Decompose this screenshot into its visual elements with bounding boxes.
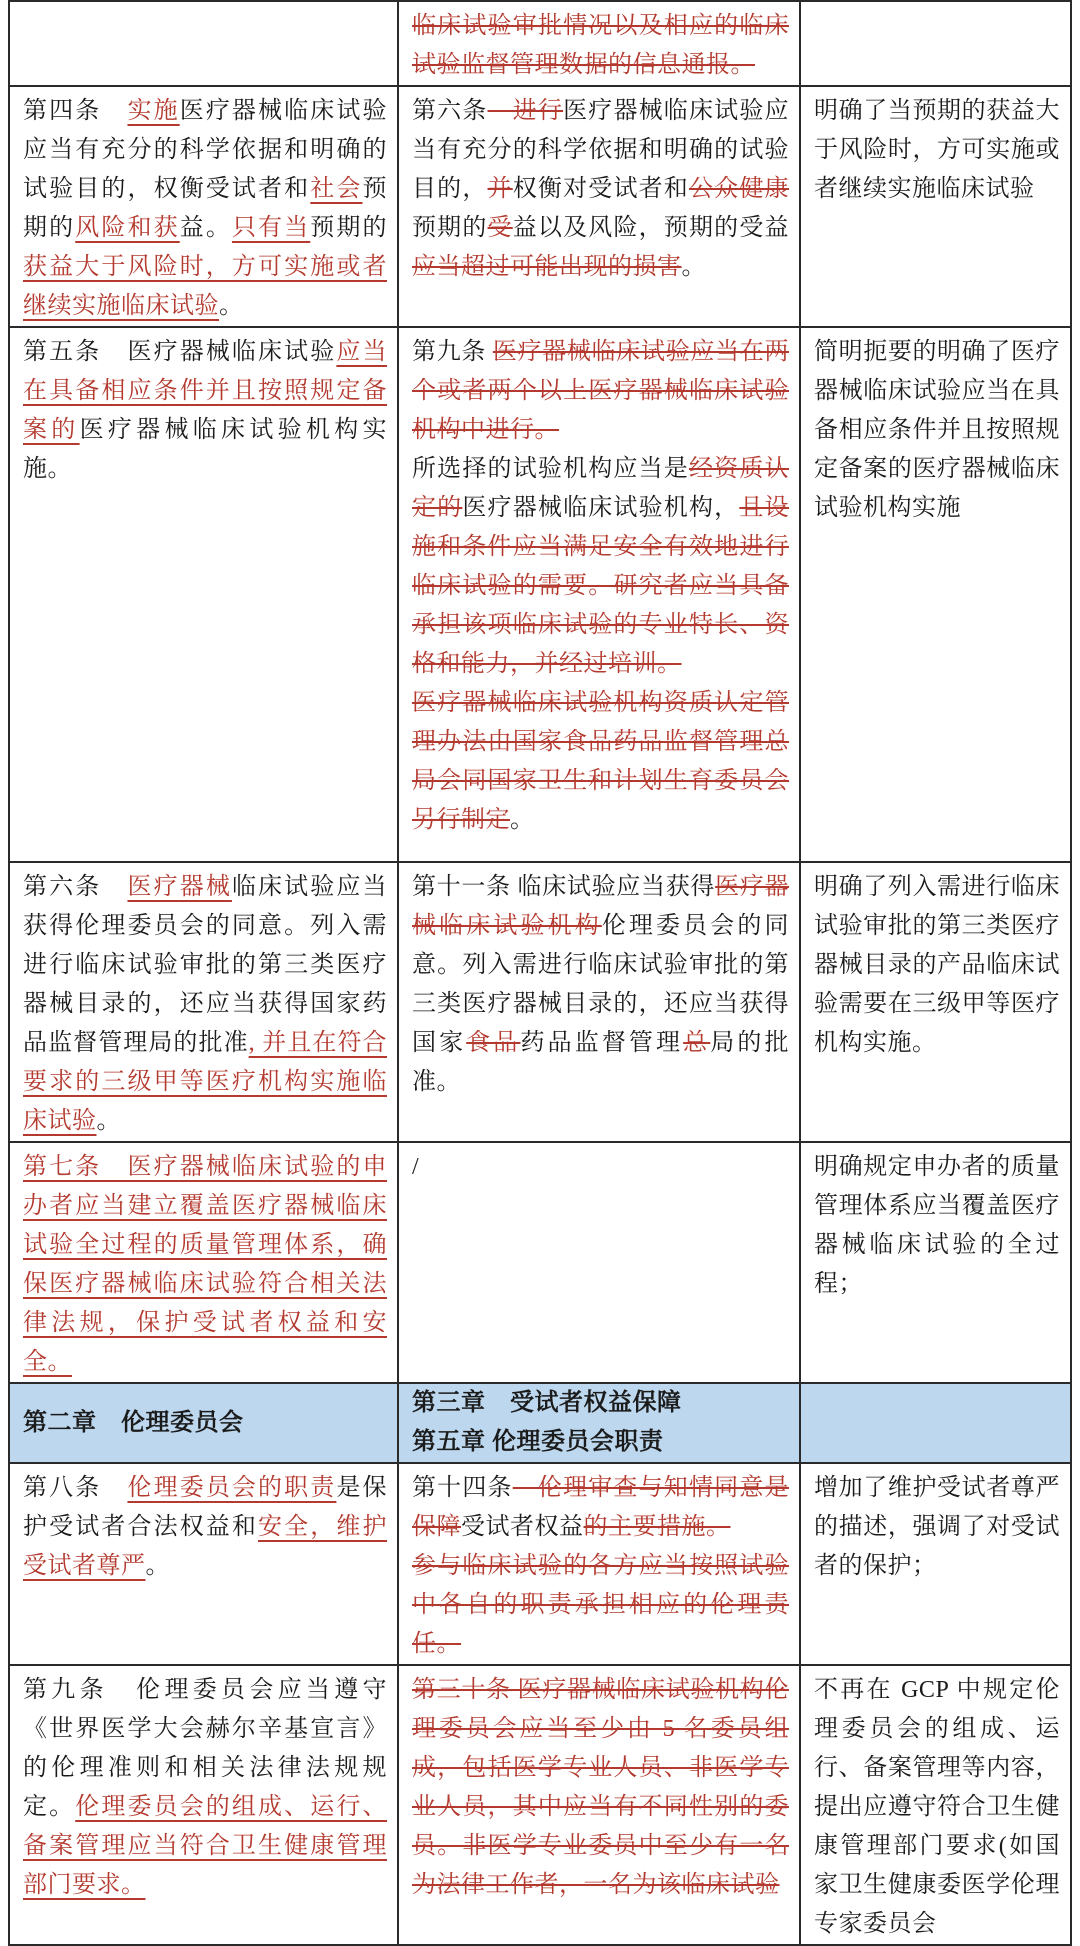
text-run: 第二章 伦理委员会	[23, 1410, 244, 1436]
deleted-text: 受	[488, 215, 513, 241]
text-run: 第九条 伦理委员会应当遵守《世界医学大会赫尔辛基宣言》的伦理准则和相关法律法规规…	[23, 1677, 387, 1810]
cell-old-text: 第三章 受试者权益保障第五章 伦理委员会职责	[399, 1384, 801, 1464]
paragraph: 不再在 GCP 中规定伦理委员会的组成、运行、备案管理等内容，提出应遵守符合卫生…	[814, 1671, 1060, 1810]
text-run: 增加了维护受试者尊严的描述，强调了对受试者的保护；	[814, 1475, 1060, 1579]
text-run: 医疗器械临床试验机构，	[462, 495, 739, 521]
paragraph: 第八条 伦理委员会的职责是保护受试者合法权益和安全，维护受试者尊严。	[23, 1469, 387, 1586]
paragraph: 参与临床试验的各方应当按照试验中各自的职责承担相应的伦理责任。	[412, 1547, 789, 1664]
text-run: 第十一条 临床试验应当获得	[412, 874, 715, 900]
inserted-text: 实施	[127, 98, 179, 124]
deleted-text: 参与临床试验的各方应当按照试验中各自的职责承担相应的伦理责任。	[412, 1553, 789, 1657]
cell-new-text: 第四条 实施医疗器械临床试验应当有充分的科学依据和明确的试验目的，权衡受试者和社…	[10, 87, 399, 328]
paragraph: 第十一条 临床试验应当获得医疗器械临床试验机构伦理委员会的同意。列入需进行临床试…	[412, 868, 789, 1102]
text-run: 第九条	[412, 339, 493, 365]
inserted-text: 第七条 医疗器械临床试验的申办者应当建立覆盖医疗器械临床试验全过程的质量管理体系…	[23, 1154, 387, 1375]
paragraph: 临床试验审批情况以及相应的临床试验监督管理数据的信息通报。	[412, 7, 789, 85]
paragraph: 增加了维护受试者尊严的描述，强调了对受试者的保护；	[814, 1469, 1060, 1586]
inserted-text: 伦理委员会的组成、运行、备案管理应当符合卫生健康管理部门要求。	[23, 1794, 387, 1810]
deleted-text: 应当超过可能出现的损害	[412, 254, 682, 280]
text-run: 第五章 伦理委员会职责	[412, 1429, 664, 1455]
paragraph: 第五章 伦理委员会职责	[412, 1423, 789, 1462]
table-row: 临床试验审批情况以及相应的临床试验监督管理数据的信息通报。	[10, 2, 1072, 87]
cell-old-text: 第九条 医疗器械临床试验应当在两个或者两个以上医疗器械临床试验机构中进行。所选择…	[399, 328, 801, 863]
paragraph: /	[412, 1148, 789, 1187]
inserted-text: 医疗器械	[127, 874, 231, 900]
text-run: 明确规定申办者的质量管理体系应当覆盖医疗器械临床试验的全过程；	[814, 1154, 1060, 1297]
comparison-table: 临床试验审批情况以及相应的临床试验监督管理数据的信息通报。第四条 实施医疗器械临…	[8, 0, 1072, 1810]
text-run: 所选择的试验机构应当是	[412, 456, 689, 482]
inserted-text: 风险和获	[75, 215, 179, 241]
table-row: 第九条 伦理委员会应当遵守《世界医学大会赫尔辛基宣言》的伦理准则和相关法律法规规…	[10, 1666, 1072, 1810]
text-run: 第三章 受试者权益保障	[412, 1390, 682, 1416]
paragraph: 第九条 伦理委员会应当遵守《世界医学大会赫尔辛基宣言》的伦理准则和相关法律法规规…	[23, 1671, 387, 1810]
cell-new-text: 第六条 医疗器械临床试验应当获得伦理委员会的同意。列入需进行临床试验审批的第三类…	[10, 863, 399, 1143]
cell-comment: 明确了当预期的获益大于风险时，方可实施或者继续实施临床试验	[801, 87, 1072, 328]
paragraph: 所选择的试验机构应当是经资质认定的医疗器械临床试验机构，且设施和条件应当满足安全…	[412, 450, 789, 684]
paragraph: 第十四条 伦理审查与知情同意是保障受试者权益的主要措施。	[412, 1469, 789, 1547]
text-run: 第四条	[23, 98, 127, 124]
deleted-text: 并	[488, 176, 513, 202]
paragraph: 第六条 进行医疗器械临床试验应当有充分的科学依据和明确的试验目的，并权衡对受试者…	[412, 92, 789, 287]
table-row: 第五条 医疗器械临床试验应当在具备相应条件并且按照规定备案的医疗器械临床试验机构…	[10, 328, 1072, 863]
inserted-text: 社会	[310, 176, 362, 202]
cell-old-text: 临床试验审批情况以及相应的临床试验监督管理数据的信息通报。	[399, 2, 801, 87]
paragraph: 第三章 受试者权益保障	[412, 1384, 789, 1423]
cell-comment: 增加了维护受试者尊严的描述，强调了对受试者的保护；	[801, 1464, 1072, 1666]
cell-old-text: 第六条 进行医疗器械临床试验应当有充分的科学依据和明确的试验目的，并权衡对受试者…	[399, 87, 801, 328]
cell-comment: 明确了列入需进行临床试验审批的第三类医疗器械目录的产品临床试验需要在三级甲等医疗…	[801, 863, 1072, 1143]
paragraph: 明确了列入需进行临床试验审批的第三类医疗器械目录的产品临床试验需要在三级甲等医疗…	[814, 868, 1060, 1063]
text-run: 简明扼要的明确了医疗器械临床试验应当在具备相应条件并且按照规定备案的医疗器械临床…	[814, 339, 1060, 521]
text-run: 第五条 医疗器械临床试验	[23, 339, 336, 365]
cell-new-text: 第九条 伦理委员会应当遵守《世界医学大会赫尔辛基宣言》的伦理准则和相关法律法规规…	[10, 1666, 399, 1810]
deleted-text: 公众健康	[689, 176, 789, 202]
cell-comment	[801, 1384, 1072, 1464]
text-run: 预期的	[310, 215, 387, 241]
paragraph: 明确了当预期的获益大于风险时，方可实施或者继续实施临床试验	[814, 92, 1060, 209]
text-run: 。	[682, 254, 707, 280]
deleted-text: 医疗器械临床试验机构资质认定管理办法由国家食品药品监督管理总局会同国家卫生和计划…	[412, 690, 789, 833]
cell-new-text: 第八条 伦理委员会的职责是保护受试者合法权益和安全，维护受试者尊严。	[10, 1464, 399, 1666]
paragraph: 医疗器械临床试验机构资质认定管理办法由国家食品药品监督管理总局会同国家卫生和计划…	[412, 684, 789, 840]
paragraph: 第二章 伦理委员会	[23, 1404, 387, 1443]
cell-old-text: 第十四条 伦理审查与知情同意是保障受试者权益的主要措施。参与临床试验的各方应当按…	[399, 1464, 801, 1666]
text-run: 药品监督管理	[520, 1030, 683, 1056]
cell-comment	[801, 2, 1072, 87]
deleted-text: 且设施和条件应当满足安全有效地进行临床试验的需要。研究者应当具备承担该项临床试验…	[412, 495, 789, 677]
text-run: 明确了列入需进行临床试验审批的第三类医疗器械目录的产品临床试验需要在三级甲等医疗…	[814, 874, 1060, 1056]
text-run: 益。	[180, 215, 232, 241]
table-row: 第八条 伦理委员会的职责是保护受试者合法权益和安全，维护受试者尊严。第十四条 伦…	[10, 1464, 1072, 1666]
deleted-text: 食品	[466, 1030, 520, 1056]
text-run: 第十四条	[412, 1475, 513, 1501]
text-run: 益以及风险，预期的受益	[513, 215, 789, 241]
paragraph: 第五条 医疗器械临床试验应当在具备相应条件并且按照规定备案的医疗器械临床试验机构…	[23, 333, 387, 489]
text-run: 不再在 GCP 中规定伦理委员会的组成、运行、备案管理等内容，提出应遵守符合卫生…	[814, 1677, 1060, 1810]
paragraph: 第九条 医疗器械临床试验应当在两个或者两个以上医疗器械临床试验机构中进行。	[412, 333, 789, 450]
table-row: 第四条 实施医疗器械临床试验应当有充分的科学依据和明确的试验目的，权衡受试者和社…	[10, 87, 1072, 328]
paragraph: 第六条 医疗器械临床试验应当获得伦理委员会的同意。列入需进行临床试验审批的第三类…	[23, 868, 387, 1141]
cell-new-text: 第七条 医疗器械临床试验的申办者应当建立覆盖医疗器械临床试验全过程的质量管理体系…	[10, 1143, 399, 1384]
text-run: 。	[219, 293, 244, 319]
text-run: 第六条	[412, 98, 488, 124]
text-run: 第八条	[23, 1475, 127, 1501]
cell-old-text: 第三十条 医疗器械临床试验机构伦理委员会应当至少由 5 名委员组成，包括医学专业…	[399, 1666, 801, 1810]
inserted-text: 只有当	[232, 215, 310, 241]
text-run: 预期的	[412, 215, 488, 241]
paragraph: 第七条 医疗器械临床试验的申办者应当建立覆盖医疗器械临床试验全过程的质量管理体系…	[23, 1148, 387, 1382]
deleted-text: 总	[683, 1030, 710, 1056]
cell-old-text: 第十一条 临床试验应当获得医疗器械临床试验机构伦理委员会的同意。列入需进行临床试…	[399, 863, 801, 1143]
text-run: 受试者权益	[461, 1514, 584, 1540]
table-row: 第七条 医疗器械临床试验的申办者应当建立覆盖医疗器械临床试验全过程的质量管理体系…	[10, 1143, 1072, 1384]
inserted-text: 伦理委员会的职责	[127, 1475, 336, 1501]
deleted-text: 进行	[488, 98, 564, 124]
deleted-text: 的主要措施。	[584, 1514, 731, 1540]
text-run: 。	[510, 807, 535, 833]
cell-comment: 简明扼要的明确了医疗器械临床试验应当在具备相应条件并且按照规定备案的医疗器械临床…	[801, 328, 1072, 863]
paragraph: 第四条 实施医疗器械临床试验应当有充分的科学依据和明确的试验目的，权衡受试者和社…	[23, 92, 387, 326]
text-run: 。	[97, 1108, 122, 1134]
text-run: 。	[146, 1553, 171, 1579]
text-run: 权衡对受试者和	[513, 176, 689, 202]
text-run: 临床试验应当获得伦理委员会的同意。列入需进行临床试验审批的第三类医疗器械目录的，…	[23, 874, 387, 1056]
inserted-text: 获益大于风险时，方可实施或者继续实施临床试验	[23, 254, 387, 319]
text-run: /	[412, 1154, 419, 1180]
table-row: 第六条 医疗器械临床试验应当获得伦理委员会的同意。列入需进行临床试验审批的第三类…	[10, 863, 1072, 1143]
cell-comment: 明确规定申办者的质量管理体系应当覆盖医疗器械临床试验的全过程；	[801, 1143, 1072, 1384]
text-run: 明确了当预期的获益大于风险时，方可实施或者继续实施临床试验	[814, 98, 1060, 202]
deleted-text: 第三十条 医疗器械临床试验机构伦理委员会应当至少由 5 名委员组成，包括医学专业…	[412, 1677, 789, 1810]
cell-comment: 不再在 GCP 中规定伦理委员会的组成、运行、备案管理等内容，提出应遵守符合卫生…	[801, 1666, 1072, 1810]
cell-new-text	[10, 2, 399, 87]
paragraph: 明确规定申办者的质量管理体系应当覆盖医疗器械临床试验的全过程；	[814, 1148, 1060, 1304]
paragraph: 第三十条 医疗器械临床试验机构伦理委员会应当至少由 5 名委员组成，包括医学专业…	[412, 1671, 789, 1810]
paragraph: 简明扼要的明确了医疗器械临床试验应当在具备相应条件并且按照规定备案的医疗器械临床…	[814, 333, 1060, 528]
chapter-row: 第二章 伦理委员会第三章 受试者权益保障第五章 伦理委员会职责	[10, 1384, 1072, 1464]
cell-new-text: 第二章 伦理委员会	[10, 1384, 399, 1464]
text-run: 第六条	[23, 874, 127, 900]
deleted-text: 临床试验审批情况以及相应的临床试验监督管理数据的信息通报。	[412, 13, 789, 78]
cell-new-text: 第五条 医疗器械临床试验应当在具备相应条件并且按照规定备案的医疗器械临床试验机构…	[10, 328, 399, 863]
cell-old-text: /	[399, 1143, 801, 1384]
